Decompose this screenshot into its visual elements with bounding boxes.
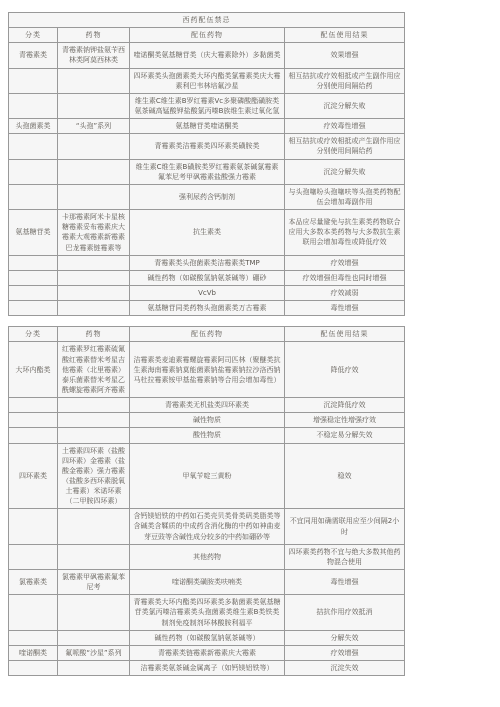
combined-drug-cell: 青霉素类无机盐类四环素类 [130,398,285,413]
combined-drug-cell: 喹诺酮类氨基糖苷类（庆大霉素除外）多黏菌类 [130,43,285,68]
result-cell: 疗效增强但毒性也同时增强 [285,270,405,285]
combined-drug-cell: 强利尿药含钙制剂 [130,184,285,209]
category-cell [9,93,58,118]
table-row: 其他药物四环素类药物不宜与绝大多数其他药物混合使用 [9,544,405,569]
drug-cell: 土霉素四环素（盐酸四环素）金霉素（盐酸金霉素）强力霉素（盐酸多西环素脱氧土霉素）… [58,443,130,509]
combined-drug-cell: 氨基糖苷类喹诺酮类 [130,119,285,134]
table-row: 碱性物质增强稳定性增强疗效 [9,413,405,428]
column-header: 药物 [58,28,130,43]
drug-cell: 青霉素钠钾盐氨苄西林类阿莫西林类 [58,43,130,68]
table-row: 青霉素类无机盐类四环素类沉淀降低疗效 [9,398,405,413]
table-row: 洁霉素类氨茶碱金属离子（如钙镁铝铁等）沉淀失效 [9,661,405,676]
combined-drug-cell: 四环素类头孢菌素类大环内酯类氯霉素类庆大霉素利巴韦林培氟沙星 [130,68,285,93]
combined-drug-cell: 甲氧苄啶三黄粉 [130,443,285,509]
combined-drug-cell: 青霉素类链霉素新霉素庆大霉素 [130,645,285,660]
category-cell: 青霉素类 [9,43,58,68]
result-cell: 沉淀降低疗效 [285,398,405,413]
drug-cell [58,595,130,630]
drug-cell [58,93,130,118]
result-cell: 相互拮抗或疗效相抵或产生副作用应分别使用间隔给药 [285,68,405,93]
drug-cell [58,285,130,300]
result-cell: 效果增强 [285,43,405,68]
combined-drug-cell: 洁霉素类氨茶碱金属离子（如钙镁铝铁等） [130,661,285,676]
result-cell: 稳效 [285,443,405,509]
table-row: 氯霉素类氯霉素甲砜霉素氟苯尼考喹诺酮类磺胺类呋喃类毒性增强 [9,570,405,595]
result-cell: 沉淀分解失败 [285,93,405,118]
category-cell [9,301,58,316]
result-cell: 疗效减弱 [285,285,405,300]
drug-cell [58,413,130,428]
result-cell: 沉淀失效 [285,661,405,676]
category-cell [9,270,58,285]
combined-drug-cell: 酸性物质 [130,428,285,443]
table-row: 青霉素类大环内酯类四环素类多黏菌素类氨基糖苷类氯丙嗪洁霉素类头孢菌素类维生素B类… [9,595,405,630]
drug-cell [58,134,130,159]
table-row: VcVb疗效减弱 [9,285,405,300]
result-cell: 疗效增强 [285,255,405,270]
title-row: 西药配伍禁忌 [9,13,405,28]
table-row: 四环素类土霉素四环素（盐酸四环素）金霉素（盐酸金霉素）强力霉素（盐酸多西环素脱氧… [9,443,405,509]
result-cell: 增强稳定性增强疗效 [285,413,405,428]
result-cell: 降低疗效 [285,342,405,398]
result-cell: 沉淀分解失败 [285,159,405,184]
table-gap [8,316,404,326]
drug-cell: 氟哌酸“沙星”系列 [58,645,130,660]
category-cell: 喹诺酮类 [9,645,58,660]
category-cell [9,255,58,270]
result-cell: 不宜同用如确需联用应至少间隔2小时 [285,509,405,544]
column-header: 配伍使用结果 [285,327,405,342]
table-row: 氨基糖苷类卡那霉素阿米卡星核糖霉素妥布霉素庆大霉素大观霉素新霉素巴龙霉素链霉素等… [9,210,405,256]
combined-drug-cell: 氨基糖苷同类药物头孢菌素类万古霉素 [130,301,285,316]
result-cell: 分解失效 [285,630,405,645]
combined-drug-cell: 碱性物质 [130,413,285,428]
category-cell: 四环素类 [9,443,58,509]
category-cell [9,428,58,443]
drug-cell [58,68,130,93]
header-row: 分类药物配伍药物配伍使用结果 [9,327,405,342]
table-row: 大环内酯类红霉素罗红霉素硫氰酸红霉素替米考星吉他霉素（北里霉素）泰乐菌素替米考星… [9,342,405,398]
combined-drug-cell: VcVb [130,285,285,300]
table-row: 头孢菌素类“头孢”系列氨基糖苷类喹诺酮类疗效毒性增强 [9,119,405,134]
result-cell: 本品应尽量避免与抗生素类药物联合应用大多数本类药物与大多数抗生素联用会增加毒性或… [285,210,405,256]
table-row: 四环素类头孢菌素类大环内酯类氯霉素类庆大霉素利巴韦林培氟沙星相互拮抗或疗效相抵或… [9,68,405,93]
table-row: 维生素C维生素B罗红霉素Vc多聚磷酸酯磺胺类氨茶碱高锰酸钾盐酸氯丙嗪B族维生素过… [9,93,405,118]
category-cell: 大环内酯类 [9,342,58,398]
category-cell [9,413,58,428]
drug-cell [58,184,130,209]
result-cell: 疗效毒性增强 [285,119,405,134]
category-cell [9,661,58,676]
category-cell [9,68,58,93]
table-row: 碱性药物（如碳酸氢钠氨茶碱等）硼砂疗效增强但毒性也同时增强 [9,270,405,285]
drug-incompatibility-table-2: 分类药物配伍药物配伍使用结果大环内酯类红霉素罗红霉素硫氰酸红霉素替米考星吉他霉素… [8,326,405,676]
combined-drug-cell: 洁霉素类麦迪素霉螺旋霉素阿司匹林（聚醚类抗生素海南霉素钠莫能菌素钠盐霉素钠拉沙洛… [130,342,285,398]
table-row: 维生素C维生素B磺胺类罗红霉素氨茶碱氯霉素氟苯尼考甲砜霉素盐酸强力霉素沉淀分解失… [9,159,405,184]
drug-incompatibility-table-1: 西药配伍禁忌 分类药物配伍药物配伍使用结果青霉素类青霉素钠钾盐氨苄西林类阿莫西林… [8,12,405,316]
drug-cell [58,270,130,285]
drug-cell: “头孢”系列 [58,119,130,134]
category-cell [9,184,58,209]
table-row: 青霉素类头孢菌素类洁霉素类TMP疗效增强 [9,255,405,270]
drug-cell: 红霉素罗红霉素硫氰酸红霉素替米考星吉他霉素（北里霉素）泰乐菌素替米考星乙酰螺旋霉… [58,342,130,398]
combined-drug-cell: 维生素C维生素B磺胺类罗红霉素氨茶碱氯霉素氟苯尼考甲砜霉素盐酸强力霉素 [130,159,285,184]
column-header: 配伍药物 [130,327,285,342]
category-cell: 氯霉素类 [9,570,58,595]
category-cell [9,398,58,413]
table-row: 青霉素类青霉素钠钾盐氨苄西林类阿莫西林类喹诺酮类氨基糖苷类（庆大霉素除外）多黏菌… [9,43,405,68]
header-row: 分类药物配伍药物配伍使用结果 [9,28,405,43]
combined-drug-cell: 维生素C维生素B罗红霉素Vc多聚磷酸酯磺胺类氨茶碱高锰酸钾盐酸氯丙嗪B族维生素过… [130,93,285,118]
combined-drug-cell: 喹诺酮类磺胺类呋喃类 [130,570,285,595]
combined-drug-cell: 碱性药物（如碳酸氢钠氨茶碱等）硼砂 [130,270,285,285]
drug-cell [58,544,130,569]
table-row: 强利尿药含钙制剂与头孢噻吩头孢噻呋等头孢类药物配伍会增加毒副作用 [9,184,405,209]
column-header: 配伍使用结果 [285,28,405,43]
table-row: 含钙镁铝铁的中药如石类壳贝类骨类矾类脂类等含碱类含鞣质的中成药含消化酶的中药如神… [9,509,405,544]
combined-drug-cell: 青霉素类大环内酯类四环素类多黏菌素类氨基糖苷类氯丙嗪洁霉素类头孢菌素类维生素B类… [130,595,285,630]
table-row: 氨基糖苷同类药物头孢菌素类万古霉素毒性增强 [9,301,405,316]
table-row: 青霉素类洁霉素类四环素类磺胺类相互拮抗或疗效相抵或产生副作用应分别使用间隔给药 [9,134,405,159]
page-title: 西药配伍禁忌 [9,13,405,28]
result-cell: 毒性增强 [285,570,405,595]
drug-cell [58,428,130,443]
category-cell [9,509,58,544]
table-row: 喹诺酮类氟哌酸“沙星”系列青霉素类链霉素新霉素庆大霉素疗效增强 [9,645,405,660]
drug-cell [58,630,130,645]
drug-cell [58,509,130,544]
category-cell: 氨基糖苷类 [9,210,58,256]
combined-drug-cell: 青霉素类洁霉素类四环素类磺胺类 [130,134,285,159]
category-cell [9,285,58,300]
table-row: 碱性药物（如碳酸氢钠氨茶碱等）分解失效 [9,630,405,645]
result-cell: 不稳定易分解失效 [285,428,405,443]
document-sheet: 西药配伍禁忌 分类药物配伍药物配伍使用结果青霉素类青霉素钠钾盐氨苄西林类阿莫西林… [8,12,404,676]
drug-cell [58,159,130,184]
column-header: 分类 [9,327,58,342]
result-cell: 拮抗作用疗效抵消 [285,595,405,630]
column-header: 配伍药物 [130,28,285,43]
result-cell: 毒性增强 [285,301,405,316]
combined-drug-cell: 其他药物 [130,544,285,569]
result-cell: 与头孢噻吩头孢噻呋等头孢类药物配伍会增加毒副作用 [285,184,405,209]
drug-cell [58,661,130,676]
result-cell: 疗效增强 [285,645,405,660]
category-cell [9,544,58,569]
drug-cell [58,398,130,413]
category-cell [9,134,58,159]
result-cell: 四环素类药物不宜与绝大多数其他药物混合使用 [285,544,405,569]
drug-cell [58,301,130,316]
column-header: 分类 [9,28,58,43]
drug-cell [58,255,130,270]
category-cell [9,630,58,645]
category-cell: 头孢菌素类 [9,119,58,134]
drug-cell: 卡那霉素阿米卡星核糖霉素妥布霉素庆大霉素大观霉素新霉素巴龙霉素链霉素等 [58,210,130,256]
combined-drug-cell: 含钙镁铝铁的中药如石类壳贝类骨类矾类脂类等含碱类含鞣质的中成药含消化酶的中药如神… [130,509,285,544]
combined-drug-cell: 青霉素类头孢菌素类洁霉素类TMP [130,255,285,270]
result-cell: 相互拮抗或疗效相抵或产生副作用应分别使用间隔给药 [285,134,405,159]
category-cell [9,595,58,630]
combined-drug-cell: 碱性药物（如碳酸氢钠氨茶碱等） [130,630,285,645]
column-header: 药物 [58,327,130,342]
drug-cell: 氯霉素甲砜霉素氟苯尼考 [58,570,130,595]
table-row: 酸性物质不稳定易分解失效 [9,428,405,443]
combined-drug-cell: 抗生素类 [130,210,285,256]
category-cell [9,159,58,184]
